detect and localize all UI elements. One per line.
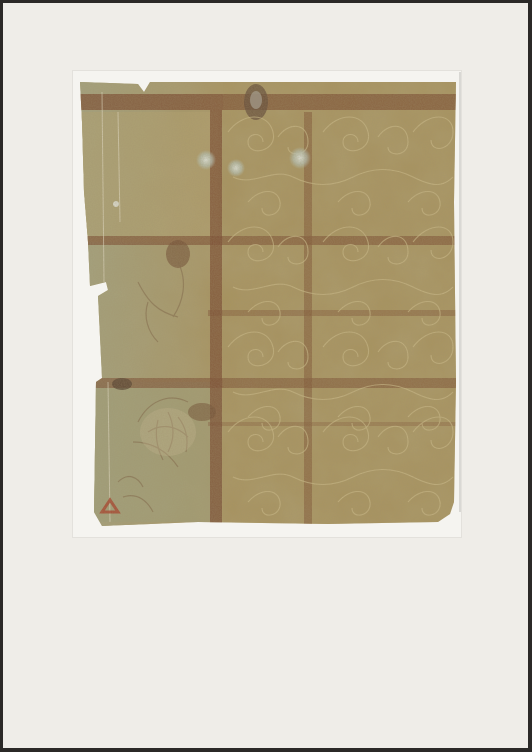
mat-window-bevel (459, 72, 461, 512)
photo-border (0, 0, 532, 752)
wallpaper-fragment (78, 82, 458, 526)
